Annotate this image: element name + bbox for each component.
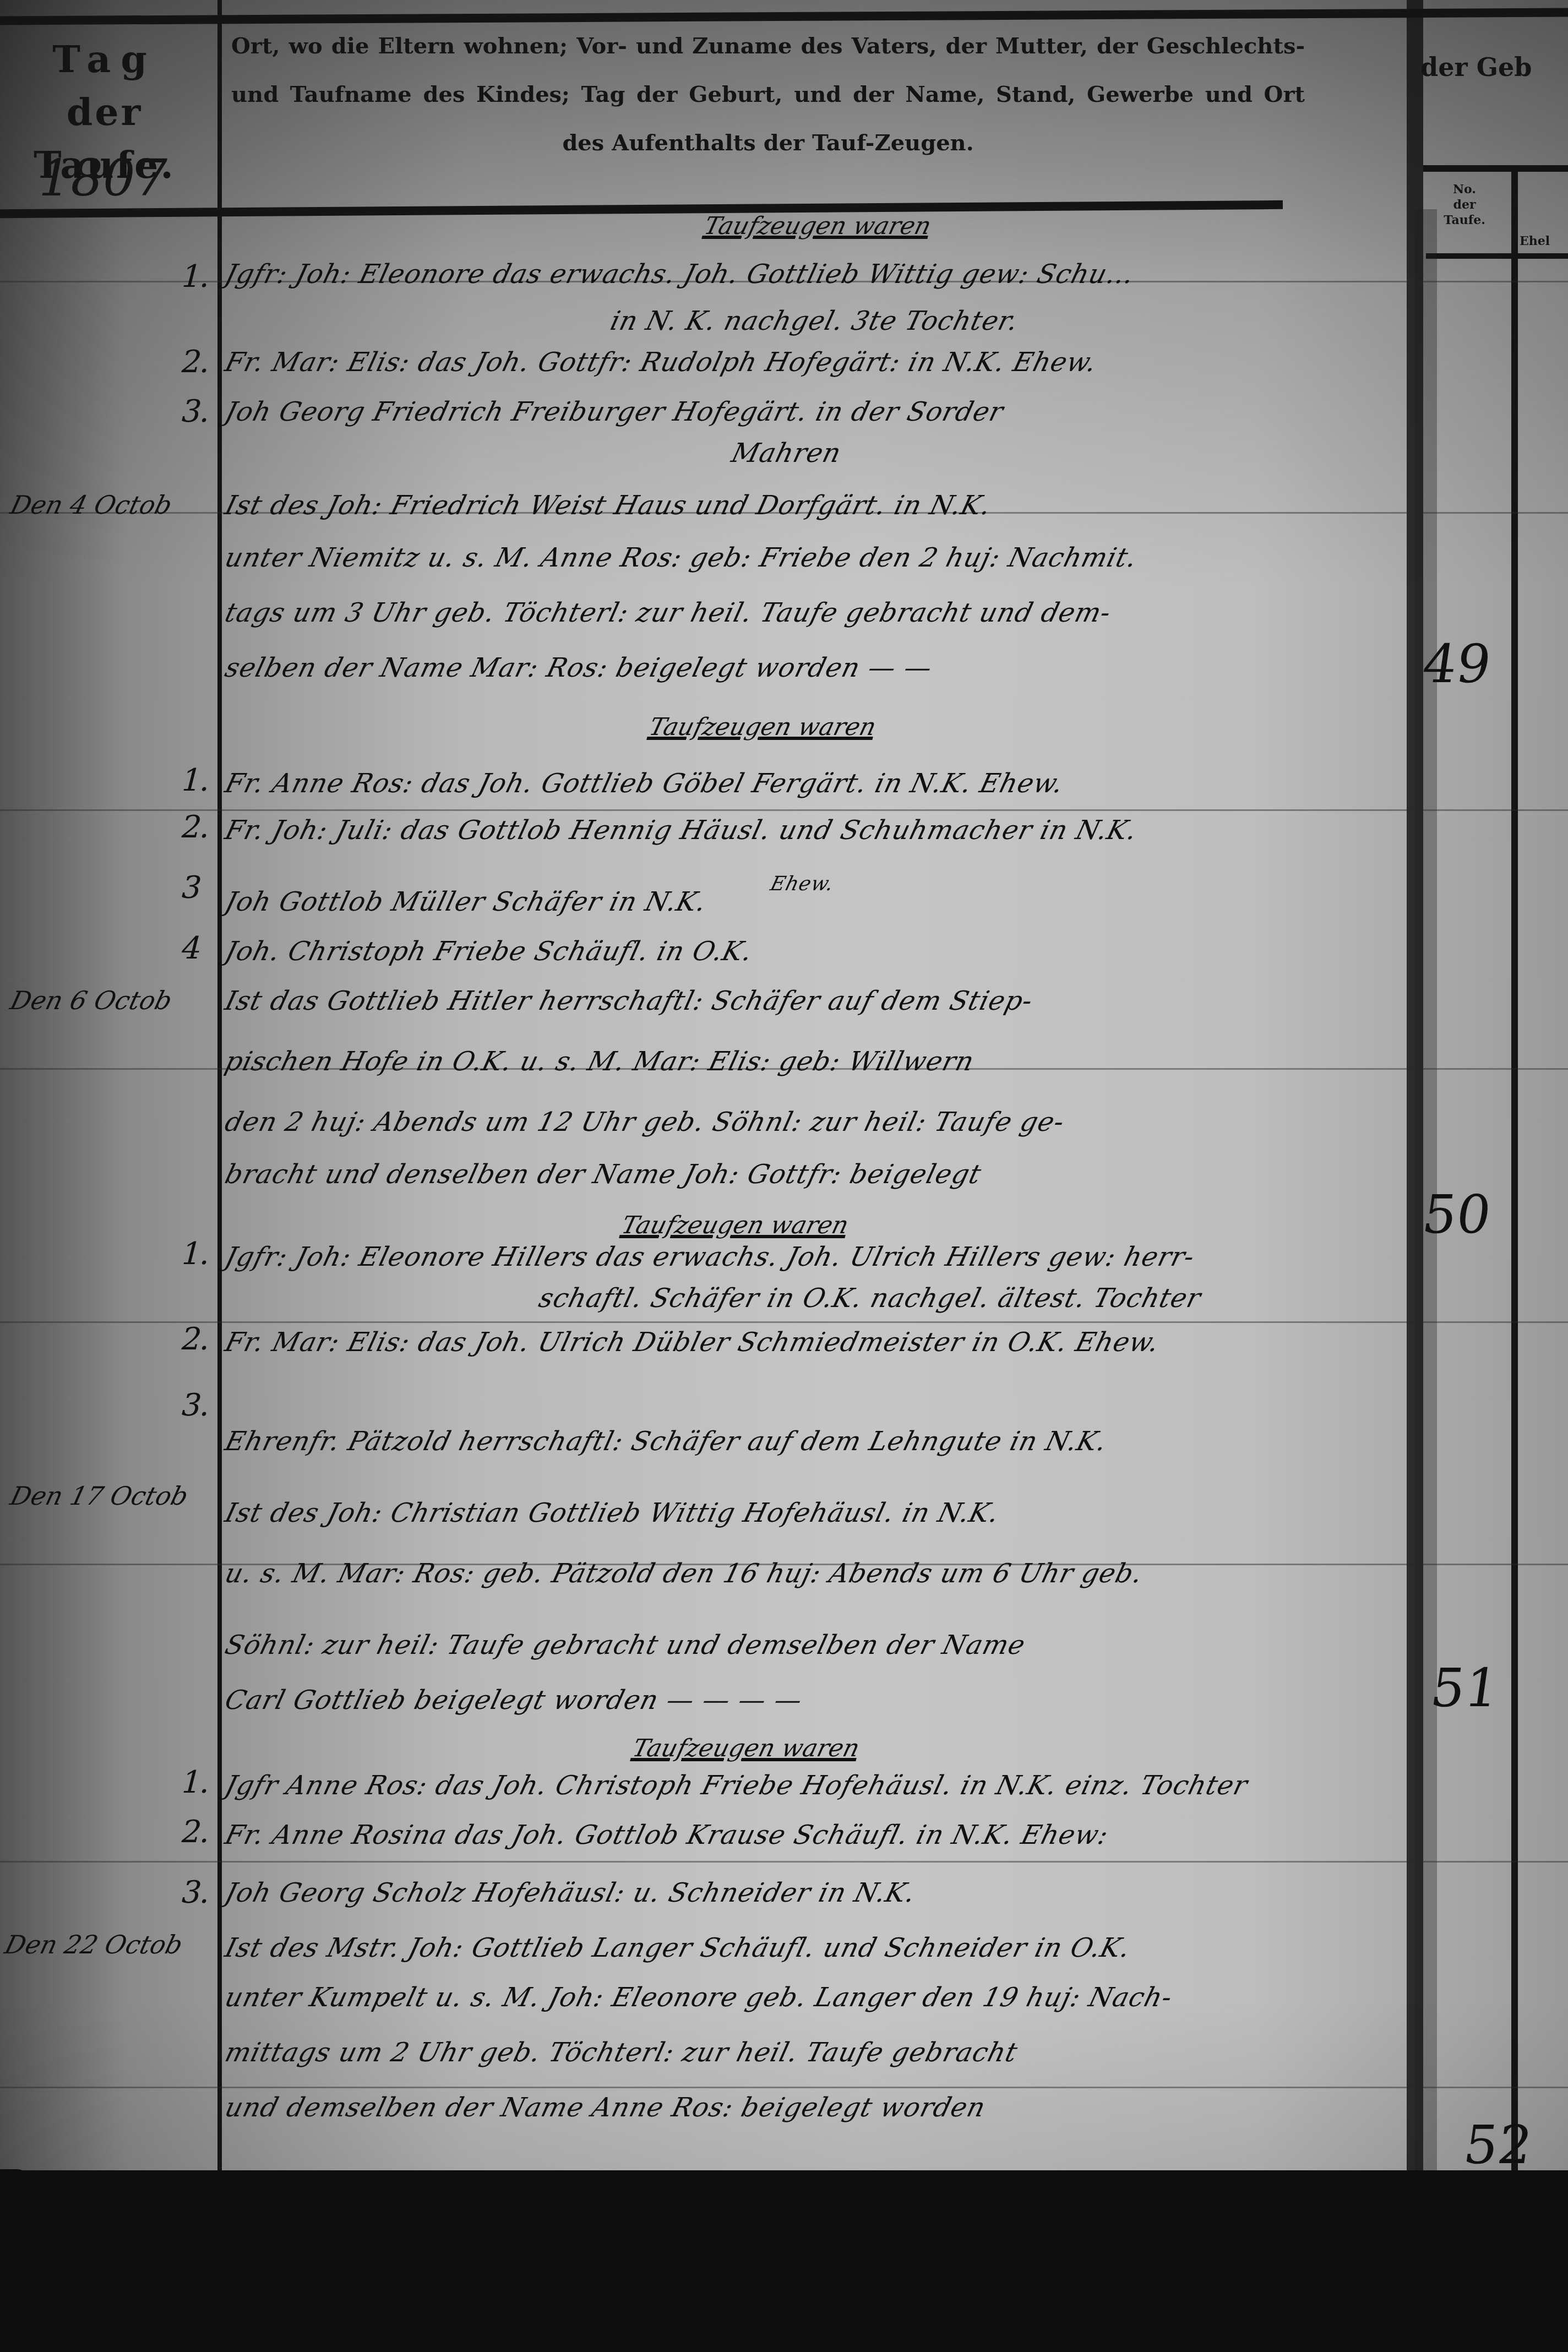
witness-text: Joh Georg Friedrich Freiburger Hofegärt.… [222, 396, 1007, 427]
witness-number: 3. [177, 394, 216, 429]
right-header-rule [1423, 165, 1568, 172]
register-year: 1807 [39, 149, 167, 208]
witness-number: 1. [177, 1765, 216, 1800]
ruled-line [0, 1861, 1568, 1863]
witness-text: Fr. Anne Rosina das Joh. Gottlob Krause … [222, 1820, 1112, 1850]
witness-number: 3. [177, 1387, 216, 1423]
witness-heading: Taufzeugen waren [630, 1734, 863, 1762]
record-line: und demselben der Name Anne Ros: beigele… [222, 2092, 989, 2123]
record-line: Ist das Gottlieb Hitler herrschaftl: Sch… [222, 986, 1036, 1016]
record-line: unter Niemitz u. s. M. Anne Ros: geb: Fr… [222, 542, 1140, 573]
header-bottom-rule [0, 200, 1283, 218]
baptism-date: Den 6 Octob [7, 986, 175, 1015]
witness-heading: Taufzeugen waren [646, 713, 879, 741]
witness-text: Jgfr: Joh: Eleonore Hillers das erwachs.… [222, 1242, 1198, 1272]
witness-text-cont: schaftl. Schäfer in O.K. nachgel. ältest… [536, 1283, 1204, 1314]
record-line: pischen Hofe in O.K. u. s. M. Mar: Elis:… [222, 1046, 977, 1077]
witness-number: 2. [177, 1321, 216, 1357]
witness-text: Joh Georg Scholz Hofehäusl: u. Schneider… [222, 1877, 919, 1908]
witness-number: 3 [177, 870, 206, 906]
witness-heading: Taufzeugen waren [619, 1211, 852, 1239]
witness-text: Joh Gottlob Müller Schäfer in N.K. [222, 886, 710, 917]
entry-number: 49 [1419, 633, 1495, 695]
witness-text: Fr. Anne Ros: das Joh. Gottlieb Göbel Fe… [222, 768, 1067, 799]
record-line: Ist des Joh: Christian Gottlieb Wittig H… [222, 1498, 1003, 1528]
witness-number: 1. [177, 259, 216, 295]
right-subheader-rule [1426, 253, 1568, 259]
entry-number: 51 [1427, 1657, 1503, 1719]
record-line: Carl Gottlieb beigelegt worden — — — — [222, 1685, 805, 1716]
entry-number: 50 [1419, 1184, 1495, 1245]
witness-text: Fr. Mar: Elis: das Joh. Gottfr: Rudolph … [222, 347, 1100, 378]
header-no-line2: der [1429, 197, 1500, 213]
entry-number: 52 [1460, 2114, 1536, 2176]
header-no-line3: Taufe. [1429, 213, 1500, 228]
record-line: u. s. M. Mar: Ros: geb. Pätzold den 16 h… [222, 1558, 1146, 1589]
header-number-column: No. der Taufe. [1429, 182, 1500, 228]
record-line: Söhnl: zur heil: Taufe gebracht und dems… [222, 1630, 1028, 1660]
witness-number: 4 [177, 930, 206, 966]
witness-text-above: Ehew. [768, 873, 836, 895]
scan-shadow-bottom [0, 2170, 1568, 2352]
witness-number: 1. [177, 1236, 216, 1272]
witness-text: Ehrenfr. Pätzold herrschaftl: Schäfer au… [222, 1426, 1110, 1457]
header-sub-column: Ehel [1520, 234, 1550, 248]
record-line: selben der Name Mar: Ros: beigelegt word… [222, 652, 935, 683]
baptism-date: Den 22 Octob [2, 1930, 186, 1959]
register-page: Tag der Taufe. 1807 Ort, wo die Eltern w… [0, 0, 1568, 2352]
record-line: unter Kumpelt u. s. M. Joh: Eleonore geb… [222, 1982, 1175, 2013]
ruled-line [0, 2087, 1568, 2088]
witness-number: 2. [177, 809, 216, 845]
ruled-line [0, 1321, 1568, 1323]
witness-text: Jgfr: Joh: Eleonore das erwachs. Joh. Go… [222, 259, 1137, 290]
witness-text-cont: in N. K. nachgel. 3te Tochter. [607, 306, 1022, 336]
record-line: den 2 huj: Abends um 12 Uhr geb. Söhnl: … [222, 1107, 1068, 1137]
record-line: tags um 3 Uhr geb. Töchterl: zur heil. T… [222, 597, 1114, 628]
date-column-divider [217, 0, 222, 2180]
baptism-date: Den 4 Octob [7, 490, 175, 520]
witness-number: 3. [177, 1875, 216, 1910]
record-line: mittags um 2 Uhr geb. Töchterl: zur heil… [222, 2037, 1021, 2068]
header-date-line1: Tag [11, 33, 198, 86]
number-column-divider [1511, 171, 1518, 2208]
record-line: Ist des Mstr. Joh: Gottlieb Langer Schäu… [222, 1932, 1134, 1963]
header-main-column: Ort, wo die Eltern wohnen; Vor- und Zuna… [231, 22, 1305, 167]
witness-text: Fr. Joh: Juli: das Gottlob Hennig Häusl.… [222, 815, 1141, 846]
witness-heading: Taufzeugen waren [701, 212, 934, 240]
witness-number: 2. [177, 344, 216, 380]
record-line: bracht und denselben der Name Joh: Gottf… [222, 1159, 984, 1190]
ruled-line [0, 809, 1568, 811]
witness-text: Jgfr Anne Ros: das Joh. Christoph Friebe… [222, 1770, 1251, 1801]
witness-text-cont: Mahren [728, 438, 845, 469]
baptism-date: Den 17 Octob [7, 1481, 191, 1511]
witness-text: Joh. Christoph Friebe Schäufl. in O.K. [222, 936, 756, 967]
witness-number: 2. [177, 1814, 216, 1850]
record-line: Ist des Joh: Friedrich Weist Haus und Do… [222, 490, 994, 521]
header-no-line1: No. [1429, 182, 1500, 197]
witness-number: 1. [177, 763, 216, 798]
header-right-column: der Geb [1420, 52, 1532, 82]
witness-text: Fr. Mar: Elis: das Joh. Ulrich Dübler Sc… [222, 1327, 1163, 1358]
